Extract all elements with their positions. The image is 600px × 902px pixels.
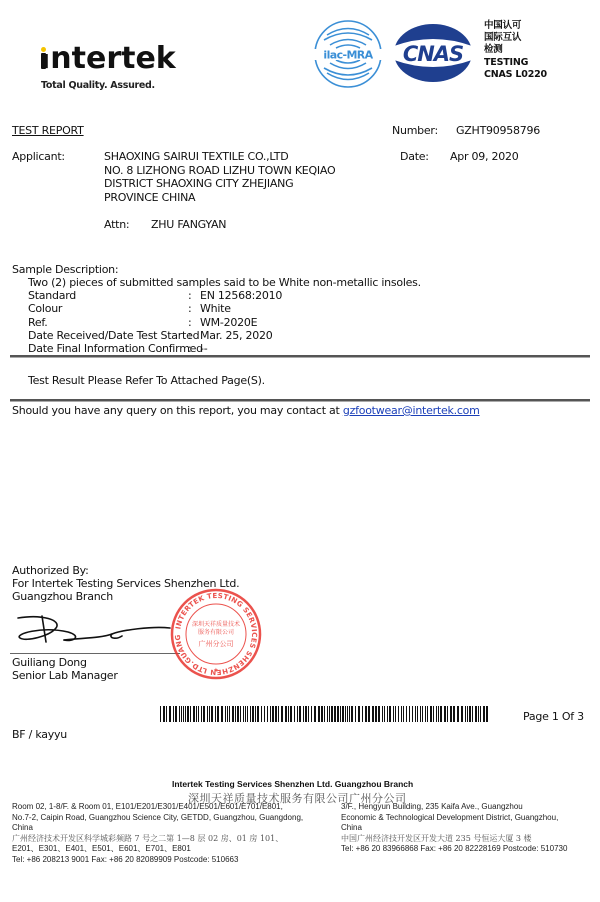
footer-line: Room 02, 1-8/F. & Room 01, E101/E201/E30… xyxy=(12,802,303,813)
footer-address-right: 3/F., Hengyun Building, 235 Kaifa Ave., … xyxy=(341,802,567,855)
attn-value: ZHU FANGYAN xyxy=(151,218,226,232)
intertek-logo: intertek xyxy=(40,42,176,76)
applicant-line: SHAOXING SAIRUI TEXTILE CO.,LTD xyxy=(104,150,335,164)
footer-line: China xyxy=(341,823,567,834)
applicant-line: NO. 8 LIZHONG ROAD LIZHU TOWN KEQIAO xyxy=(104,164,335,178)
report-date: Apr 09, 2020 xyxy=(450,150,519,164)
applicant-label: Applicant: xyxy=(12,150,65,164)
field-value: WM-2020E xyxy=(200,316,257,330)
signature-line xyxy=(10,653,180,654)
accreditation-line: TESTING xyxy=(484,57,547,69)
attn-label: Attn: xyxy=(104,218,129,232)
field-value: Mar. 25, 2020 xyxy=(200,329,272,343)
svg-text:★: ★ xyxy=(213,667,218,674)
report-title: TEST REPORT xyxy=(12,124,84,138)
footer-address-left: Room 02, 1-8/F. & Room 01, E101/E201/E30… xyxy=(12,802,303,865)
accreditation-line: CNAS L0220 xyxy=(484,69,547,81)
sample-summary: Two (2) pieces of submitted samples said… xyxy=(28,276,421,290)
footer-line: E201、E301、E401、E501、E601、E701、E801 xyxy=(12,844,303,855)
footer-line: No.7-2, Caipin Road, Guangzhou Science C… xyxy=(12,813,303,824)
signer-name: Guiliang Dong xyxy=(12,656,87,670)
field-sep: : xyxy=(188,289,191,303)
signer-title: Senior Lab Manager xyxy=(12,669,118,683)
footer-line: 3/F., Hengyun Building, 235 Kaifa Ave., … xyxy=(341,802,567,813)
test-result-note: Test Result Please Refer To Attached Pag… xyxy=(28,374,265,388)
svg-text:广州分公司: 广州分公司 xyxy=(199,639,234,648)
ilac-mra-logo-icon: ilac-MRA xyxy=(312,18,384,90)
contact-line: Should you have any query on this report… xyxy=(12,404,480,418)
page-number: Page 1 Of 3 xyxy=(523,710,584,724)
company-stamp-icon: INTERTEK TESTING SERVICES SHENZHEN LTD.G… xyxy=(170,588,262,680)
field-sep: : xyxy=(188,302,191,316)
field-label: Standard xyxy=(28,289,76,303)
field-sep: : xyxy=(188,329,191,343)
field-value: EN 12568:2010 xyxy=(200,289,282,303)
applicant-address: SHAOXING SAIRUI TEXTILE CO.,LTD NO. 8 LI… xyxy=(104,150,335,204)
logo-i-stem xyxy=(41,53,46,69)
footer-line: Tel: +86 208213 9001 Fax: +86 20 8208990… xyxy=(12,855,303,866)
field-label: Date Received/Date Test Started xyxy=(28,329,199,343)
field-label: Date Final Information Confirmed xyxy=(28,342,203,356)
barcode-icon xyxy=(160,706,490,722)
accreditation-text: 中国认可 国际互认 检测 TESTING CNAS L0220 xyxy=(484,20,547,81)
svg-text:深圳天祥质量技术: 深圳天祥质量技术 xyxy=(192,620,240,628)
svg-text:CNAS: CNAS xyxy=(403,42,463,66)
applicant-line: PROVINCE CHINA xyxy=(104,191,335,205)
footer-line: Tel: +86 20 83966868 Fax: +86 20 8222816… xyxy=(341,844,567,855)
footer-company-title: Intertek Testing Services Shenzhen Ltd. … xyxy=(172,779,413,789)
svg-text:ilac-MRA: ilac-MRA xyxy=(323,49,373,62)
footer-line: Economic & Technological Development Dis… xyxy=(341,813,567,824)
contact-email-link[interactable]: gzfootwear@intertek.com xyxy=(343,404,480,417)
signature-icon xyxy=(12,612,172,648)
section-divider xyxy=(10,399,590,402)
field-label: Ref. xyxy=(28,316,48,330)
field-sep: : xyxy=(188,342,191,356)
accreditation-line: 检测 xyxy=(484,44,547,56)
cnas-logo-icon: CNAS xyxy=(392,22,474,84)
field-label: Colour xyxy=(28,302,62,316)
authorized-by-label: Authorized By: xyxy=(12,564,89,578)
sample-heading: Sample Description: xyxy=(12,263,118,277)
footer-line: 中国广州经济技开发区开发大道 235 号恒运大厦 3 楼 xyxy=(341,834,567,845)
report-number: GZHT90958796 xyxy=(456,124,540,138)
contact-text: Should you have any query on this report… xyxy=(12,404,343,417)
field-sep: : xyxy=(188,316,191,330)
field-value: White xyxy=(200,302,231,316)
logo-dot-icon xyxy=(41,47,46,52)
authorizing-branch: Guangzhou Branch xyxy=(12,590,113,604)
date-label: Date: xyxy=(400,150,429,164)
section-divider xyxy=(10,355,590,358)
footer-line: China xyxy=(12,823,303,834)
applicant-line: DISTRICT SHAOXING CITY ZHEJIANG xyxy=(104,177,335,191)
number-label: Number: xyxy=(392,124,438,138)
logo-tagline: Total Quality. Assured. xyxy=(41,80,155,91)
operator-initials: BF / kayyu xyxy=(12,728,67,742)
accreditation-line: 国际互认 xyxy=(484,32,547,44)
accreditation-line: 中国认可 xyxy=(484,20,547,32)
field-value: -- xyxy=(200,342,207,356)
svg-text:服务有限公司: 服务有限公司 xyxy=(198,628,234,636)
footer-line: 广州经济技术开发区科学城彩频路 7 号之二第 1—8 层 02 房、01 房 1… xyxy=(12,834,303,845)
